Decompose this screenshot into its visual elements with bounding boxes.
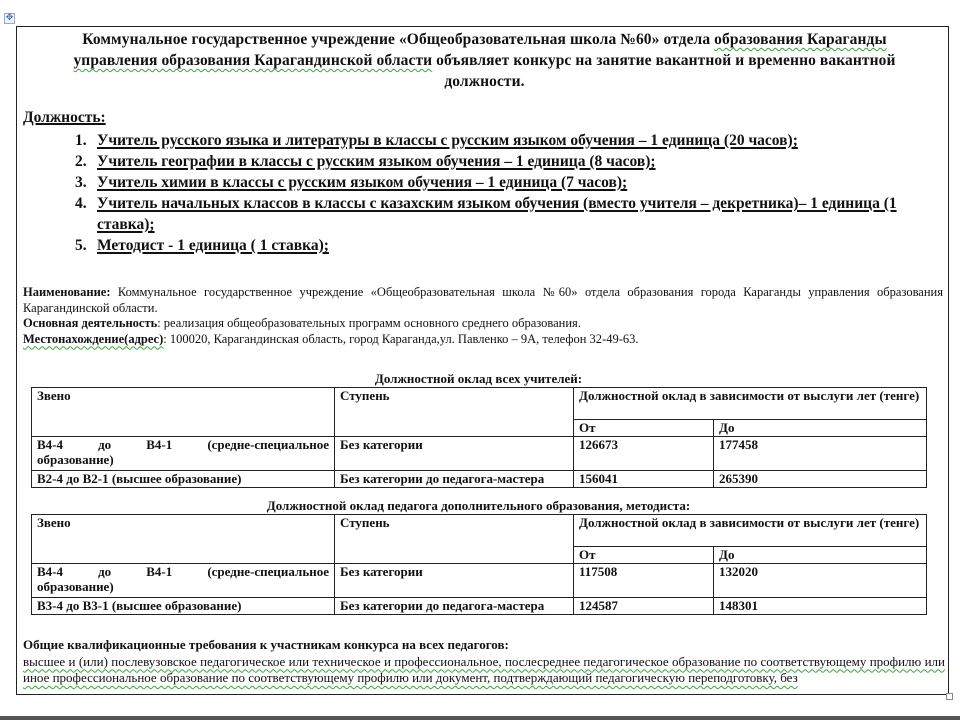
- table-row: В4-4 до В4-1 (средне-специальное образов…: [32, 437, 927, 471]
- position-number: 5.: [75, 235, 87, 256]
- bottom-edge-bar: [0, 716, 960, 720]
- zveno-part: В4-4: [37, 437, 63, 452]
- cell-stupen: Без категории до педагога-мастера: [335, 598, 574, 615]
- position-number: 3.: [75, 172, 87, 193]
- org-activity-label: Основная деятельность: [23, 316, 157, 330]
- cell-from: 124587: [574, 598, 714, 615]
- title-part-2: образования Караганды: [714, 31, 887, 48]
- zveno-part: до: [98, 437, 111, 452]
- requirements-heading: Общие квалификационные требования к учас…: [23, 637, 945, 654]
- salary-table-2: Звено Ступень Должностной оклад в зависи…: [31, 514, 927, 615]
- org-name-value: Коммунальное государственное учреждение …: [23, 285, 943, 315]
- org-activity-value: : реализация общеобразовательных програм…: [157, 316, 581, 330]
- position-item: 5.Методист - 1 единица ( 1 ставка);: [63, 235, 943, 256]
- zveno-part: В4-1: [146, 437, 172, 452]
- position-item: 1.Учитель русского языка и литературы в …: [63, 130, 943, 151]
- org-name-line: Наименование: Коммунальное государственн…: [23, 285, 943, 316]
- zveno-spread: В4-4 до В4-1 (средне-специальное: [37, 564, 329, 579]
- position-text: Учитель химии в классы с русским языком …: [97, 174, 627, 191]
- positions-label: Должность:: [23, 109, 106, 127]
- header-from: От: [574, 547, 714, 564]
- position-text: Учитель географии в классы с русским язы…: [97, 153, 656, 170]
- table-move-handle-icon[interactable]: ✥: [4, 13, 15, 24]
- cell-stupen: Без категории до педагога-мастера: [335, 471, 574, 488]
- zveno-part: (средне-специальное: [207, 437, 329, 452]
- requirements-section: Общие квалификационные требования к учас…: [23, 637, 945, 687]
- header-stupen: Ступень: [335, 515, 574, 564]
- organization-info: Наименование: Коммунальное государственн…: [23, 285, 943, 347]
- table-row: В4-4 до В4-1 (средне-специальное образов…: [32, 564, 927, 598]
- header-salary: Должностной оклад в зависимости от выслу…: [574, 388, 927, 420]
- cell-zveno: В4-4 до В4-1 (средне-специальное образов…: [32, 437, 335, 471]
- cell-zveno: В3-4 до В3-1 (высшее образование): [32, 598, 335, 615]
- position-number: 2.: [75, 151, 87, 172]
- position-text: Учитель начальных классов в классы с каз…: [97, 195, 897, 233]
- cell-stupen: Без категории: [335, 437, 574, 471]
- cell-to: 148301: [714, 598, 927, 615]
- title-part-1: Коммунальное государственное учреждение …: [82, 31, 714, 48]
- cell-stupen: Без категории: [335, 564, 574, 598]
- zveno-tail: образование): [37, 452, 329, 467]
- positions-list: 1.Учитель русского языка и литературы в …: [63, 130, 943, 256]
- zveno-part: В4-4: [37, 564, 63, 579]
- table-row: В2-4 до В2-1 (высшее образование) Без ка…: [32, 471, 927, 488]
- cell-zveno: В2-4 до В2-1 (высшее образование): [32, 471, 335, 488]
- cell-to: 265390: [714, 471, 927, 488]
- org-name-label: Наименование:: [23, 285, 111, 299]
- header-zveno: Звено: [32, 388, 335, 437]
- announcement-title: Коммунальное государственное учреждение …: [37, 29, 932, 92]
- position-number: 4.: [75, 193, 87, 214]
- title-part-3: управления образования Карагандинской об…: [73, 52, 432, 69]
- org-location-value: : 100020, Карагандинская область, город …: [163, 332, 638, 346]
- position-item: 2.Учитель географии в классы с русским я…: [63, 151, 943, 172]
- header-stupen: Ступень: [335, 388, 574, 437]
- salary-table-1-caption: Должностной оклад всех учителей:: [31, 371, 926, 387]
- org-activity-line: Основная деятельность: реализация общеоб…: [23, 316, 943, 332]
- cell-to: 177458: [714, 437, 927, 471]
- zveno-part: до: [98, 564, 111, 579]
- cell-zveno: В4-4 до В4-1 (средне-специальное образов…: [32, 564, 335, 598]
- header-to: До: [714, 420, 927, 437]
- table-resize-handle-icon[interactable]: [946, 693, 953, 700]
- position-text: Методист - 1 единица ( 1 ставка);: [97, 237, 329, 254]
- salary-table-1: Звено Ступень Должностной оклад в зависи…: [31, 387, 927, 488]
- position-item: 3.Учитель химии в классы с русским языко…: [63, 172, 943, 193]
- salary-table-2-caption: Должностной оклад педагога дополнительно…: [31, 498, 926, 514]
- title-part-4: объявляет конкурс на занятие вакантной и…: [432, 52, 895, 90]
- zveno-tail: образование): [37, 579, 329, 594]
- header-salary: Должностной оклад в зависимости от выслу…: [574, 515, 927, 547]
- position-number: 1.: [75, 130, 87, 151]
- org-location-label: Местонахождение(адрес): [23, 332, 163, 346]
- zveno-spread: В4-4 до В4-1 (средне-специальное: [37, 437, 329, 452]
- requirements-text: высшее и (или) послевузовское педагогиче…: [23, 654, 945, 687]
- table-row: В3-4 до В3-1 (высшее образование) Без ка…: [32, 598, 927, 615]
- header-from: От: [574, 420, 714, 437]
- zveno-part: (средне-специальное: [207, 564, 329, 579]
- cell-from: 126673: [574, 437, 714, 471]
- document-frame: Коммунальное государственное учреждение …: [16, 26, 949, 695]
- cell-to: 132020: [714, 564, 927, 598]
- org-location-line: Местонахождение(адрес): 100020, Караганд…: [23, 332, 943, 348]
- position-item: 4.Учитель начальных классов в классы с к…: [63, 193, 943, 235]
- header-zveno: Звено: [32, 515, 335, 564]
- cell-from: 156041: [574, 471, 714, 488]
- zveno-part: В4-1: [146, 564, 172, 579]
- cell-from: 117508: [574, 564, 714, 598]
- header-to: До: [714, 547, 927, 564]
- position-text: Учитель русского языка и литературы в кл…: [97, 132, 798, 149]
